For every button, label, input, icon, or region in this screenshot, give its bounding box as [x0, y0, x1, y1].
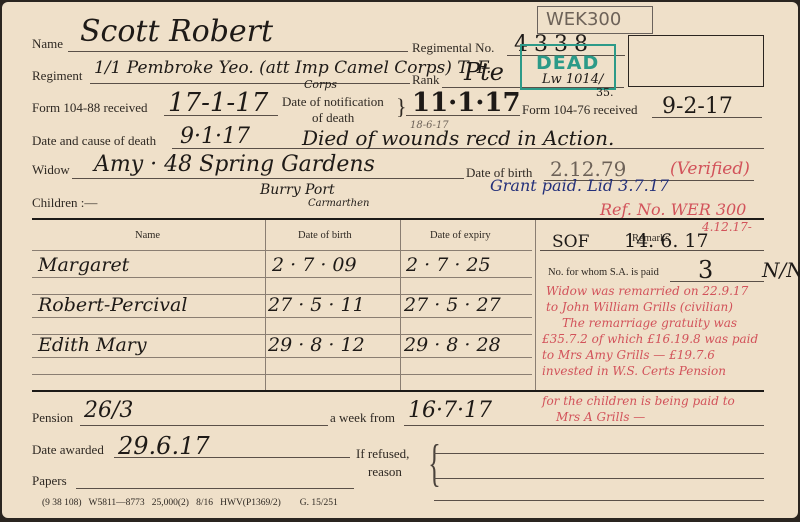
ref-note: Ref. No. WER 300 [600, 200, 746, 219]
grant-note: Grant paid. Lid 3.7.17 [490, 176, 669, 195]
refused-reason-line-1 [434, 453, 764, 454]
file-ref-box: WEK300 [537, 6, 653, 34]
remarks-line: Widow was remarried on 22.9.17 [546, 284, 748, 298]
pension-value: 26/3 [84, 398, 133, 423]
pension-label: Pension [32, 410, 73, 426]
week-from-label: a week from [330, 410, 395, 426]
child-name: Margaret [38, 254, 129, 276]
child-expiry: 2 · 7 · 25 [406, 254, 491, 276]
form-10476-label: Form 104-76 received [522, 102, 638, 118]
remarks-line: to Mrs Amy Grills — £19.7.6 [542, 348, 715, 362]
remarks-line: for the children is being paid to [542, 394, 735, 408]
child-dob: 29 · 8 · 12 [268, 334, 365, 356]
file-ref: WEK300 [546, 9, 621, 30]
form-footer: (9 38 108) W5811—8773 25,000(2) 8/16 HWV… [42, 498, 338, 508]
papers-label: Papers [32, 473, 67, 489]
refused-reason-line-3 [434, 500, 764, 501]
death-label: Date and cause of death [32, 133, 156, 149]
regiment-corps: Corps [304, 78, 337, 91]
child-expiry: 29 · 8 · 28 [404, 334, 501, 356]
if-refused-label-1: If refused, [356, 446, 409, 462]
form-10488-label: Form 104-88 received [32, 100, 148, 116]
pension-record-card: WEK300 Name Scott Robert Regimental No. … [2, 2, 798, 518]
name-value: Scott Robert [80, 14, 273, 49]
brace: } [396, 94, 407, 120]
refused-reason-line-2 [434, 478, 764, 479]
child-dob: 27 · 5 · 11 [268, 294, 365, 316]
widow-dob-verified: (Verified) [670, 159, 750, 179]
notification-value: 11·1·17 [412, 88, 521, 118]
remarks-line: Mrs A Grills — [556, 410, 645, 424]
rank-label: Rank [412, 72, 439, 88]
table-header-expiry: Date of expiry [430, 230, 491, 241]
nil-mark: N/N [762, 258, 800, 282]
widow-address-3: Carmarthen [308, 198, 369, 209]
refused-brace: { [428, 434, 440, 493]
widow-address-2: Burry Port [260, 182, 335, 198]
sof-value: SOF [552, 232, 589, 252]
regiment-label: Regiment [32, 68, 83, 84]
no-sa-paid-value: 3 [698, 256, 713, 284]
remarks-line: The remarriage gratuity was [562, 316, 737, 330]
widow-label: Widow [32, 162, 70, 178]
death-date: 9·1·17 [180, 124, 250, 149]
child-dob: 2 · 7 · 09 [272, 254, 357, 276]
no-sa-paid-label: No. for whom S.A. is paid [548, 267, 659, 278]
date-awarded-label: Date awarded [32, 442, 104, 458]
week-from-value: 16·7·17 [408, 398, 492, 423]
remarks-line: to John William Grills (civilian) [546, 300, 733, 314]
death-cause: Died of wounds recd in Action. [302, 126, 614, 150]
date-awarded-value: 29.6.17 [118, 432, 210, 460]
notification-label-2: of death [312, 110, 354, 126]
notification-label-1: Date of notification [282, 94, 384, 110]
rank-value: Pte [464, 58, 504, 86]
remarks-date: 14. 6. 17 [624, 230, 709, 252]
remarks-line: invested in W.S. Certs Pension [542, 364, 726, 378]
stamp-note: Lw 1014/ [542, 72, 603, 87]
case-no-box [628, 35, 764, 87]
stamp-note-2: 35. [596, 86, 614, 99]
children-label: Children :— [32, 195, 97, 211]
form-10476-value: 9-2-17 [662, 94, 733, 119]
widow-value: Amy · 48 Spring Gardens [94, 152, 375, 177]
child-name: Edith Mary [38, 334, 147, 356]
child-name: Robert-Percival [38, 294, 187, 316]
child-expiry: 27 · 5 · 27 [404, 294, 501, 316]
dead-stamp-text: DEAD [536, 52, 599, 74]
ref-date: 4.12.17- [702, 220, 752, 234]
table-header-name: Name [135, 230, 160, 241]
table-header-dob: Date of birth [298, 230, 352, 241]
regimental-no-label: Regimental No. [412, 40, 494, 56]
form-10488-value: 17-1-17 [168, 88, 268, 118]
remarks-line: £35.7.2 of which £16.19.8 was paid [542, 332, 758, 346]
name-label: Name [32, 36, 63, 52]
if-refused-label-2: reason [368, 464, 402, 480]
